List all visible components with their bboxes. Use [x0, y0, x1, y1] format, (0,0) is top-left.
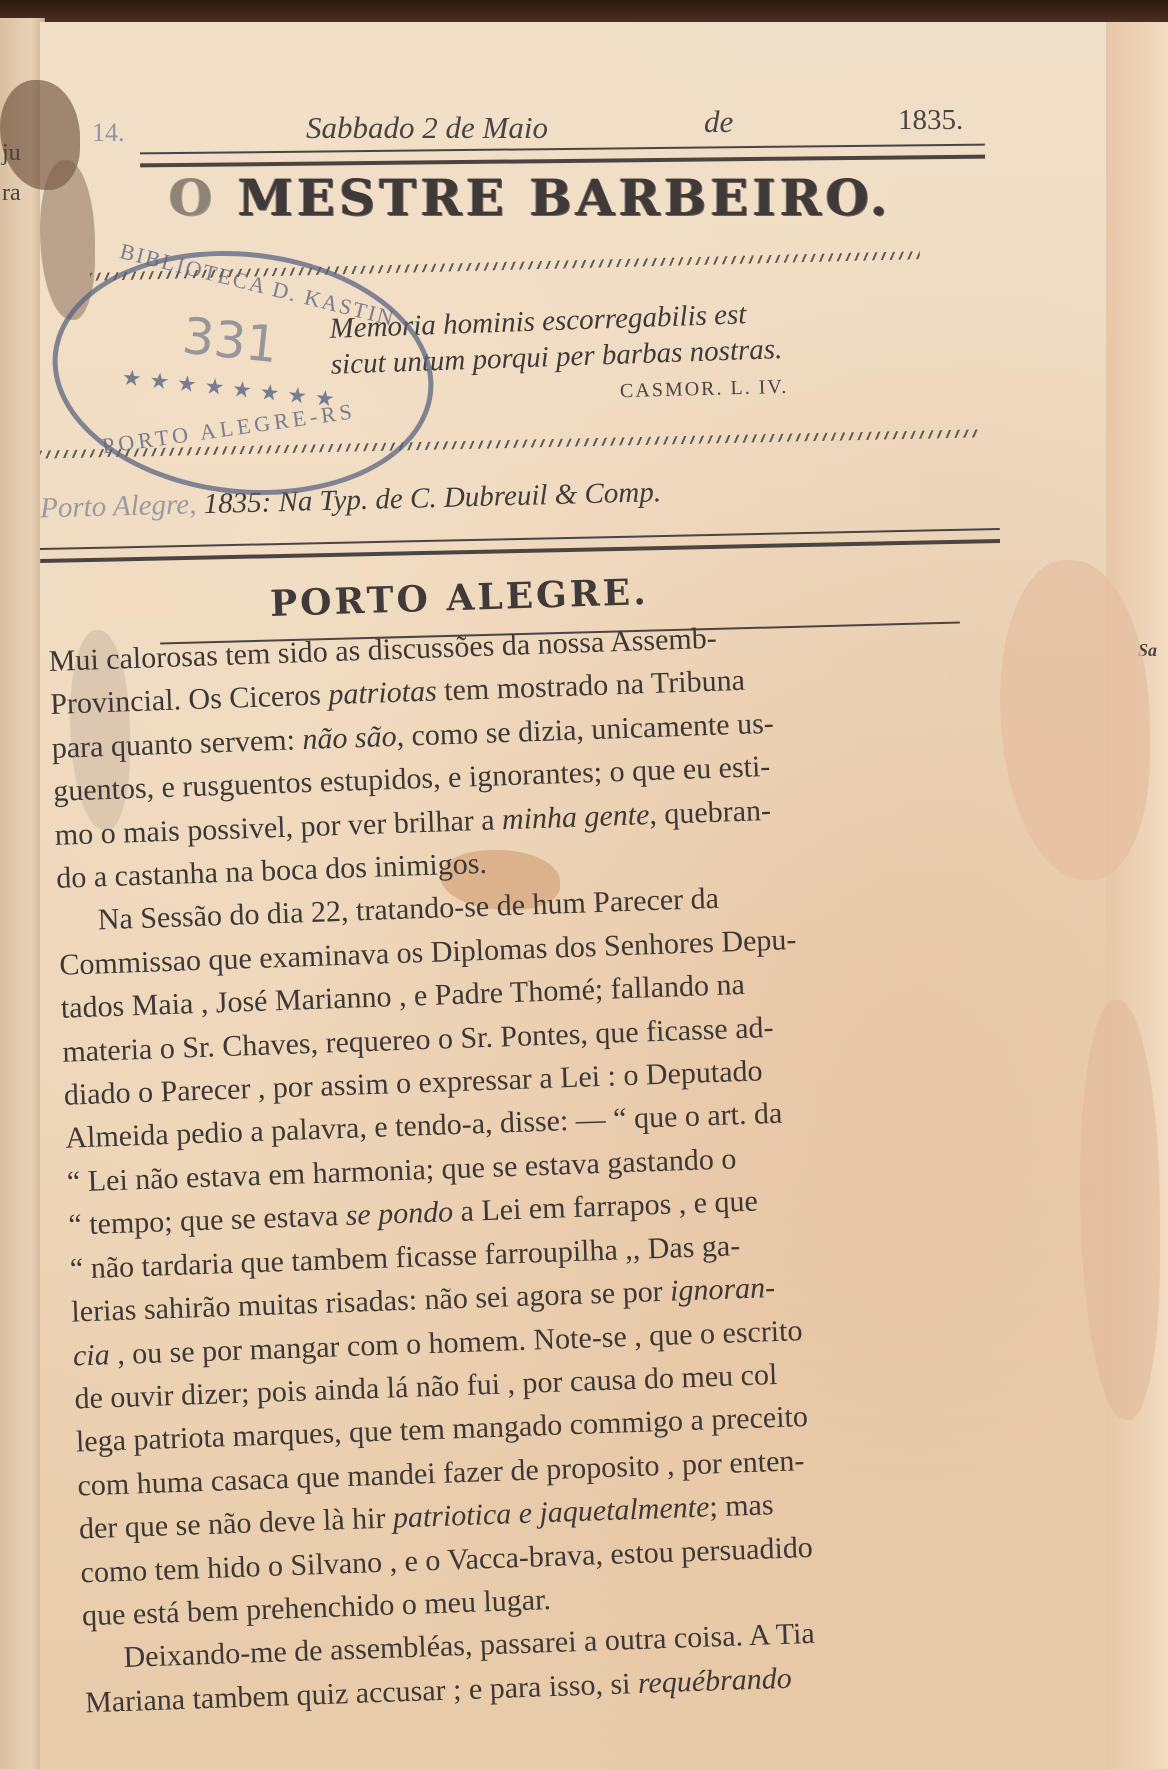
imprint-place: Porto Alegre, [40, 488, 197, 524]
masthead-name: MESTRE BARBEIRO. [238, 168, 892, 227]
left-page-edge: ju ra [0, 18, 45, 1769]
left-page-fragment: ra [2, 180, 21, 207]
date-year: 1835. [898, 104, 963, 137]
stamp-number: 331 [180, 307, 281, 375]
date-text: Sabbado 2 de Maio [306, 110, 548, 146]
masthead-prefix: O [169, 168, 217, 227]
right-page-edge [1106, 22, 1168, 1769]
motto-citation: CASMOR. L. IV. [620, 376, 789, 403]
scan-top-border [0, 0, 1168, 22]
masthead-title: O MESTRE BARBEIRO. [140, 168, 920, 227]
dateline: Sabbado 2 de Maio de 1835. [306, 104, 986, 144]
issue-number: 14. [92, 118, 125, 148]
stamp-bottom-text: PORTO ALEGRE-RS [101, 398, 358, 459]
date-de: de [704, 104, 733, 140]
article-body: Mui calorosas tem sido as discussões da … [48, 606, 1065, 1725]
